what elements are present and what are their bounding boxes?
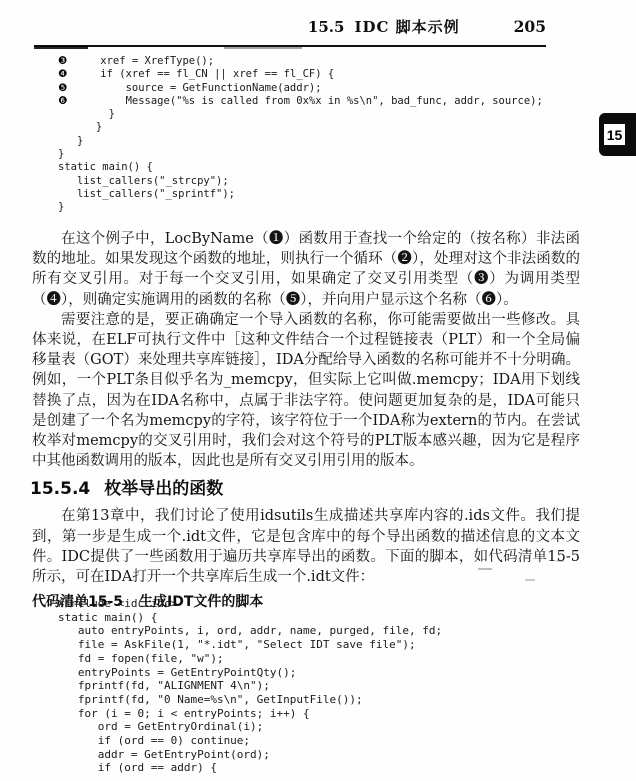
header-section-title: IDC 脚本示例 (354, 18, 459, 36)
section-heading-number: 15.5.4 (30, 479, 90, 499)
code-line: addr = GetEntryPoint(ord); (58, 748, 442, 762)
circled-number-marker: ❹ (58, 68, 75, 81)
code-line: ❹ if (xref == fl_CN || xref == fl_CF) { (58, 68, 543, 81)
circled-number-marker: ❺ (58, 82, 75, 95)
code-line: static main() { (58, 161, 543, 174)
code-line: fprintf(fd, "0 Name=%s\n", GetInputFile(… (58, 693, 442, 707)
section-heading: 15.5.4枚举导出的函数 (30, 478, 580, 500)
code-line: } (58, 108, 543, 121)
circled-number-marker: ❸ (58, 55, 75, 68)
code-text: } (58, 121, 102, 133)
code-line: ❻ Message("%s is called from 0x%x in %s\… (58, 95, 543, 108)
book-page: 15.5IDC 脚本示例205 15 ❸ xref = XrefType();❹… (0, 0, 636, 781)
code-line: fprintf(fd, "ALIGNMENT 4\n"); (58, 679, 442, 693)
code-text: xref = XrefType(); (75, 55, 214, 67)
code-text: static main() { (58, 161, 153, 173)
chapter-number: 15 (604, 124, 625, 145)
code-line: #include <idc.idc> (58, 597, 442, 611)
scan-artifact (34, 46, 88, 49)
code-line: ord = GetEntryOrdinal(i); (58, 720, 442, 734)
paragraph-example-explanation: 在这个例子中，LocByName（❶）函数用于查找一个给定的（按名称）非法函数的… (32, 229, 580, 310)
code-line: file = AskFile(1, "*.idt", "Select IDT s… (58, 638, 442, 652)
code-text: source = GetFunctionName(addr); (75, 82, 322, 94)
code-text: list_callers("_strcpy"); (58, 175, 229, 187)
code-text: Message("%s is called from 0x%x in %s\n"… (75, 95, 543, 107)
code-line: fd = fopen(file, "w"); (58, 652, 442, 666)
page-header: 15.5IDC 脚本示例205 (34, 16, 546, 47)
code-text: } (58, 148, 64, 160)
code-listing-top: ❸ xref = XrefType();❹ if (xref == fl_CN … (58, 55, 543, 215)
paragraph-import-name-note: 需要注意的是，要正确确定一个导入函数的名称，你可能需要做出一些修改。具体来说，在… (32, 310, 580, 472)
code-line: ❸ xref = XrefType(); (58, 55, 543, 68)
code-line: } (58, 148, 543, 161)
code-line: entryPoints = GetEntryPointQty(); (58, 666, 442, 680)
page-number: 205 (514, 17, 546, 36)
code-line: list_callers("_sprintf"); (58, 188, 543, 201)
code-line: } (58, 201, 543, 214)
code-line: } (58, 121, 543, 134)
code-line: list_callers("_strcpy"); (58, 175, 543, 188)
code-text: list_callers("_sprintf"); (58, 188, 235, 200)
section-heading-title: 枚举导出的函数 (104, 479, 223, 499)
scan-artifact (224, 47, 302, 49)
code-line: ❺ source = GetFunctionName(addr); (58, 82, 543, 95)
paragraph-idsutils-intro: 在第13章中，我们讨论了使用idsutils生成描述共享库内容的.ids文件。我… (32, 506, 580, 587)
code-line: if (ord == 0) continue; (58, 734, 442, 748)
code-text: if (xref == fl_CN || xref == fl_CF) { (75, 68, 334, 80)
header-section-number: 15.5 (308, 18, 345, 36)
code-line: for (i = 0; i < entryPoints; i++) { (58, 707, 442, 721)
code-text: } (58, 135, 83, 147)
body-text: 在这个例子中，LocByName（❶）函数用于查找一个给定的（按名称）非法函数的… (32, 229, 580, 611)
circled-number-marker: ❻ (58, 95, 75, 108)
code-text: } (58, 201, 64, 213)
code-line: if (ord == addr) { (58, 761, 442, 775)
code-line: } (58, 135, 543, 148)
code-line: auto entryPoints, i, ord, addr, name, pu… (58, 624, 442, 638)
code-listing-bottom: #include <idc.idc>static main() { auto e… (58, 597, 442, 775)
code-line: static main() { (58, 611, 442, 625)
code-text: } (58, 108, 115, 120)
chapter-tab: 15 (599, 113, 636, 156)
